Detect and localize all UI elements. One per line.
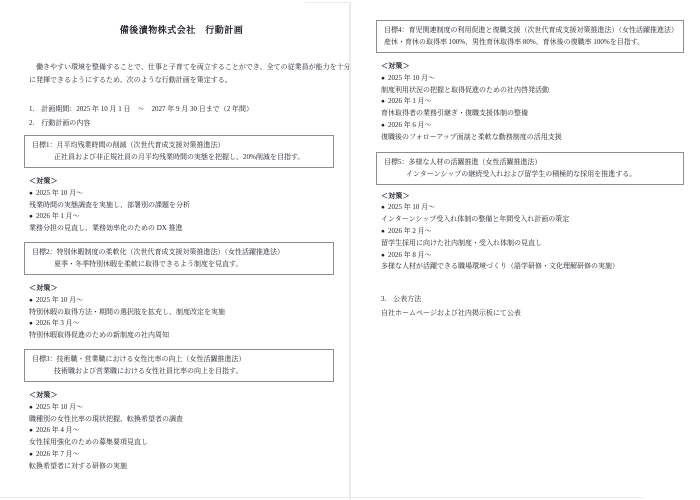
goal-box-4: 目標4：育児関連制度の利用促進と復職支援（次世代育成支援対策推進法）（女性活躍推… [376,20,684,53]
measures-heading: ＜対策＞ [29,176,334,188]
measure-date: ●2026 年 2 月～ [381,226,684,238]
bullet-icon: ● [29,190,33,197]
measure-start: 2026 年 2 月～ [388,227,432,235]
goal-5-subtitle: インターンシップの継続受入れおよび留学生の積極的な採用を推進する。 [384,168,676,180]
measure-action: 職種別の女性比率の現状把握、転換希望者の調査 [29,414,334,426]
plan-contents: 2. 行動計画の内容 [29,117,334,131]
goal-3-title: 目標3：技術職・営業職における女性比率の向上（女性活躍推進法） [32,353,326,365]
publication-section: 3. 公表方法 自社ホームページおよび社内掲示板にて公表 [381,293,684,320]
measure-start: 2026 年 7 月～ [36,450,80,458]
document-viewer: 備後漬物株式会社 行動計画 働きやすい環境を整備することで、仕事と子育てを両立す… [0,0,700,500]
bullet-icon: ● [381,228,385,235]
measure-start: 2025 年 10 月～ [36,296,83,304]
measure-action: 留学生採用に向けた社内制度・受入れ体制の見直し [381,238,684,250]
measure-start: 2025 年 10 月～ [388,74,435,82]
measure-start: 2026 年 8 月～ [388,251,432,259]
measure-date: ●2025 年 10 月～ [381,202,684,214]
page-top-edge-line [305,2,350,3]
goal-3-measures: ＜対策＞ ●2025 年 10 月～ 職種別の女性比率の現状把握、転換希望者の調… [29,390,334,473]
intro-paragraph: 働きやすい環境を整備することで、仕事と子育てを両立することができ、全ての従業員が… [29,61,334,87]
goal-box-2: 目標2：特別休暇制度の柔軟化（次世代育成支援対策推進法）（女性活躍推進法） 夏季… [24,242,334,275]
bullet-icon: ● [29,213,33,220]
goal-box-1: 目標1：月平均残業時間の削減（次世代育成支援対策推進法） 正社員および非正規社員… [24,135,334,168]
plan-period: 1. 計画期間：2025 年 10 月 1 日 ～ 2027 年 9 月 30 … [29,103,334,117]
measure-action: インターンシップ受入れ体制の整備と年間受入れ計画の策定 [381,214,684,226]
measure-action: 復職後のフォローアップ面談と柔軟な勤務制度の活用支援 [381,132,684,144]
bullet-icon: ● [29,451,33,458]
measure-date: ●2026 年 4 月～ [29,425,334,437]
goal-4-measures: ＜対策＞ ●2025 年 10 月～ 制度利用状況の把握と取得促進のための社内啓… [381,61,684,144]
measure-action: 転換希望者に対する研修の実施 [29,461,334,473]
goal-4-title: 目標4：育児関連制度の利用促進と復職支援（次世代育成支援対策推進法）（女性活躍推… [384,24,676,36]
goal-1-subtitle: 正社員および非正規社員の月平均残業時間の実態を把握し、20%削減を目指す。 [32,151,326,163]
goal-1-title: 目標1：月平均残業時間の削減（次世代育成支援対策推進法） [32,139,326,151]
bullet-icon: ● [29,297,33,304]
measure-date: ●2026 年 8 月～ [381,250,684,262]
measure-date: ●2026 年 1 月～ [29,211,334,223]
measures-heading: ＜対策＞ [29,283,334,295]
intro-line: に発揮できるようにするため、次のような行動計画を策定する。 [29,74,334,87]
plan-meta: 1. 計画期間：2025 年 10 月 1 日 ～ 2027 年 9 月 30 … [29,103,334,130]
bullet-icon: ● [29,320,33,327]
measure-action: 特別休暇取得促進のための新制度の社内周知 [29,330,334,342]
page-bottom-edge-line [0,497,643,498]
measures-heading: ＜対策＞ [381,191,684,203]
measure-action: 女性採用強化のための募集要項見直し [29,437,334,449]
goal-2-measures: ＜対策＞ ●2025 年 10 月～ 特別休暇の取得方法・期間の選択肢を拡充し、… [29,283,334,342]
goal-box-5: 目標5：多様な人材の活躍推進（女性活躍推進法） インターンシップの継続受入れおよ… [376,152,684,185]
goal-box-3: 目標3：技術職・営業職における女性比率の向上（女性活躍推進法） 技術職および営業… [24,349,334,382]
bullet-icon: ● [381,98,385,105]
measure-date: ●2026 年 1 月～ [381,96,684,108]
document-page-1: 備後漬物株式会社 行動計画 働きやすい環境を整備することで、仕事と子育てを両立す… [0,0,350,500]
measure-action: 業務分担の見直し、業務効率化のための DX 推進 [29,223,334,235]
bullet-icon: ● [381,75,385,82]
document-page-2: 目標4：育児関連制度の利用促進と復職支援（次世代育成支援対策推進法）（女性活躍推… [352,0,700,500]
publication-heading: 3. 公表方法 [381,293,684,306]
measure-start: 2026 年 4 月～ [36,426,80,434]
measure-action: 育休取得者の業務引継ぎ・復職支援体制の整備 [381,108,684,120]
measure-date: ●2025 年 10 月～ [29,295,334,307]
measures-heading: ＜対策＞ [381,61,684,73]
measure-start: 2025 年 10 月～ [36,403,83,411]
measure-action: 制度利用状況の把握と取得促進のための社内啓発活動 [381,85,684,97]
measure-start: 2026 年 1 月～ [36,212,80,220]
measure-action: 多様な人材が活躍できる職場環境づくり（語学研修・文化理解研修の実施） [381,261,684,273]
intro-line: 働きやすい環境を整備することで、仕事と子育てを両立することができ、全ての従業員が… [29,61,334,74]
goal-4-subtitle: 産休・育休の取得率 100%、男性育休取得率 80%、育休後の復職率 100%を… [384,36,676,48]
measure-date: ●2025 年 10 月～ [29,188,334,200]
measure-date: ●2026 年 6 月～ [381,120,684,132]
goal-2-title: 目標2：特別休暇制度の柔軟化（次世代育成支援対策推進法）（女性活躍推進法） [32,246,326,258]
measure-action: 特別休暇の取得方法・期間の選択肢を拡充し、制度改定を実施 [29,307,334,319]
measure-action: 残業時間の実態調査を実施し、部署別の課題を分析 [29,200,334,212]
bullet-icon: ● [381,204,385,211]
goal-5-measures: ＜対策＞ ●2025 年 10 月～ インターンシップ受入れ体制の整備と年間受入… [381,191,684,274]
goal-1-measures: ＜対策＞ ●2025 年 10 月～ 残業時間の実態調査を実施し、部署別の課題を… [29,176,334,235]
page-title: 備後漬物株式会社 行動計画 [29,24,334,36]
bullet-icon: ● [29,404,33,411]
measure-date: ●2025 年 10 月～ [381,73,684,85]
bullet-icon: ● [29,427,33,434]
bullet-icon: ● [381,122,385,129]
goal-3-subtitle: 技術職および営業職における女性社員比率の向上を目指す。 [32,365,326,377]
publication-body: 自社ホームページおよび社内掲示板にて公表 [381,307,684,320]
measure-date: ●2025 年 10 月～ [29,402,334,414]
goal-2-subtitle: 夏季・冬季特別休暇を柔軟に取得できるよう制度を見直す。 [32,258,326,270]
measure-start: 2026 年 3 月～ [36,319,80,327]
bullet-icon: ● [381,252,385,259]
measure-date: ●2026 年 7 月～ [29,449,334,461]
measure-start: 2026 年 1 月～ [388,97,432,105]
goal-5-title: 目標5：多様な人材の活躍推進（女性活躍推進法） [384,156,676,168]
measures-heading: ＜対策＞ [29,390,334,402]
page-divider-line [349,2,351,500]
measure-start: 2026 年 6 月～ [388,121,432,129]
measure-date: ●2026 年 3 月～ [29,318,334,330]
measure-start: 2025 年 10 月～ [388,203,435,211]
measure-start: 2025 年 10 月～ [36,189,83,197]
